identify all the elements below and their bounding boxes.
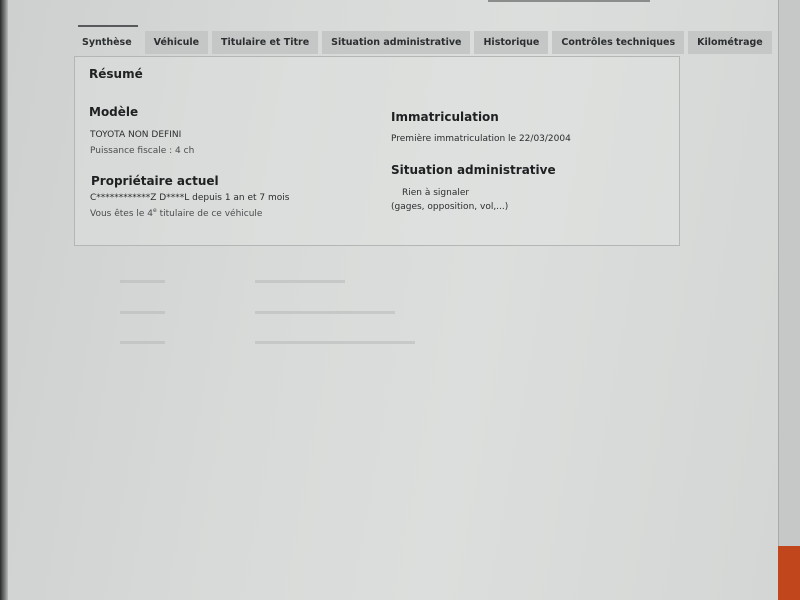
tab-synthese[interactable]: Synthèse [78, 31, 141, 54]
registration-heading: Immatriculation [391, 110, 499, 124]
show-through-mark [120, 311, 165, 314]
owner-heading: Propriétaire actuel [91, 174, 219, 188]
owner-name-since: C************Z D****L depuis 1 an et 7 m… [90, 193, 289, 203]
show-through-mark [255, 280, 345, 283]
admin-status-details: (gages, opposition, vol,...) [391, 202, 508, 212]
first-registration: Première immatriculation le 22/03/2004 [391, 134, 571, 144]
active-tab-indicator [78, 25, 138, 27]
background-surface [778, 0, 800, 600]
photo-scene: Synthèse Véhicule Titulaire et Titre Sit… [0, 0, 800, 600]
tab-controles-techniques[interactable]: Contrôles techniques [552, 31, 684, 54]
tab-bar: Synthèse Véhicule Titulaire et Titre Sit… [78, 31, 772, 54]
tab-kilometrage[interactable]: Kilométrage [688, 31, 772, 54]
show-through-mark [120, 341, 165, 344]
holder-rank: Vous êtes le 4e titulaire de ce véhicule [90, 207, 262, 219]
show-through-mark [255, 341, 415, 344]
admin-status-heading: Situation administrative [391, 163, 556, 177]
desk-edge [0, 0, 8, 600]
fiscal-power: Puissance fiscale : 4 ch [90, 146, 194, 156]
summary-panel: Résumé Modèle TOYOTA NON DEFINI Puissanc… [74, 56, 680, 246]
show-through-mark [255, 311, 395, 314]
admin-status-value: Rien à signaler [402, 188, 469, 198]
tab-historique[interactable]: Historique [474, 31, 548, 54]
header-rule [488, 0, 650, 2]
show-through-mark [120, 280, 165, 283]
model-name: TOYOTA NON DEFINI [90, 130, 181, 140]
model-heading: Modèle [89, 105, 138, 119]
holder-suffix: titulaire de ce véhicule [157, 209, 263, 219]
holder-prefix: Vous êtes le 4 [90, 209, 153, 219]
tab-vehicule[interactable]: Véhicule [145, 31, 208, 54]
tab-situation-administrative[interactable]: Situation administrative [322, 31, 470, 54]
tab-titulaire-et-titre[interactable]: Titulaire et Titre [212, 31, 318, 54]
orange-object [778, 546, 800, 600]
summary-title: Résumé [89, 67, 143, 81]
